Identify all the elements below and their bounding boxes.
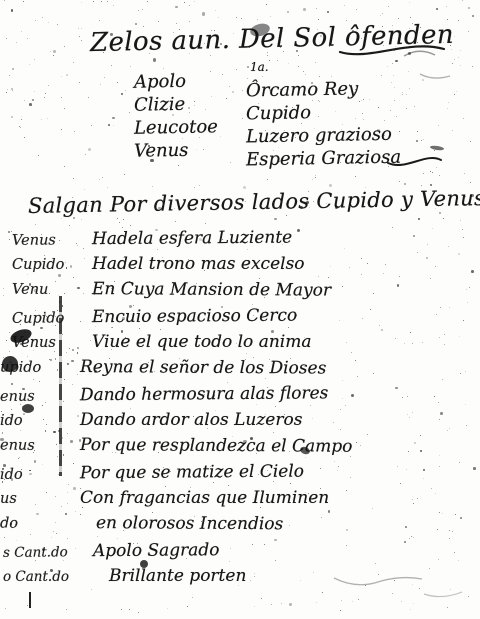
dialogue-block: VenusHadela esfera LuzienteCupidoHadel t… [0,228,480,592]
cast-member: Apolo [134,69,218,93]
dialogue-line: enusDando hermosura alas flores [0,382,480,412]
dialogue-text: Dando hermosura alas flores [80,383,329,405]
dialogue-line: CupidoEncuio espacioso Cerco [0,304,480,334]
dialogue-line: usCon fragancias que Iluminen [0,488,480,514]
dialogue-text: Hadel trono mas excelso [92,254,305,274]
cast-member: Luzero grazioso [246,123,402,149]
speaker-label: Venus [0,335,92,351]
faint-scribble-icon [328,556,470,606]
dialogue-text: en olorosos Incendios [96,513,283,534]
pen-scribble-icon [398,46,468,86]
speaker-label: Venus [0,232,92,249]
cast-member: Venus [134,138,218,162]
cast-member: Esperia Graziosa [246,146,402,172]
dialogue-text: Brillante porten [109,566,246,586]
speaker-label: upido [0,360,80,376]
cast-column-right: Ôrcamo ReyCupidoLuzero graziosoEsperia G… [246,78,401,170]
dialogue-text: En Cuya Mansion de Mayor [92,279,331,300]
binding-fold-artifact [59,296,62,476]
dialogue-text: Por que se matize el Cielo [80,461,304,483]
speaker-label: s Cant.do [0,544,83,561]
speaker-label: o Cant.do [0,569,83,585]
speaker-label: Cupido [0,257,92,273]
speaker-label: ido [0,466,80,483]
dialogue-text: Por que resplandezca el Campo [80,435,352,457]
cast-member: Leucotoe [134,115,218,139]
speaker-label: enus [0,438,80,454]
dialogue-line: VenusHadela esfera Luziente [0,226,480,256]
dialogue-text: Viue el que todo lo anima [92,332,311,352]
dialogue-line: CupidoHadel trono mas excelso [0,254,480,280]
dialogue-text: Encuio espacioso Cerco [92,306,297,328]
cast-column-left: ApoloClizieLeucotoeVenus [134,70,218,162]
speaker-label: us [0,491,80,507]
dialogue-text: Apolo Sagrado [93,540,220,561]
speaker-label: Cupido [0,310,92,327]
cast-flourish-icon [386,150,444,172]
dialogue-line: enusPor que resplandezca el Campo [0,435,480,464]
dialogue-text: Con fragancias que Iluminen [80,488,329,508]
dialogue-line: upidoReyna el señor de los Dioses [0,357,480,386]
manuscript-page: Zelos aun. Del Sol ôfenden 1a. ApoloCliz… [0,0,480,619]
cast-member: Clizie [134,92,218,116]
dialogue-text: Hadela esfera Luziente [92,228,292,250]
dialogue-line: idoPor que se matize el Cielo [0,460,480,490]
dialogue-line: doen olorosos Incendios [0,513,480,542]
speaker-label: enus [0,388,80,405]
dialogue-line: idoDando ardor alos Luzeros [0,410,480,436]
dialogue-line: VenusViue el que todo lo anima [0,332,480,358]
cast-member: Cupido [246,100,402,126]
speaker-label: do [0,516,80,532]
speaker-label: ido [0,413,80,429]
dialogue-text: Reyna el señor de los Dioses [80,357,326,379]
edge-mark-artifact [29,592,31,608]
cast-marker: 1a. [250,60,269,74]
stage-direction: Salgan Por diversos lados Cupido y Venus [28,186,480,218]
dialogue-line: VenuEn Cuya Mansion de Mayor [0,279,480,308]
dialogue-text: Dando ardor alos Luzeros [80,410,302,430]
speaker-label: Venu [0,282,92,299]
cast-member: Ôrcamo Rey [246,77,402,103]
